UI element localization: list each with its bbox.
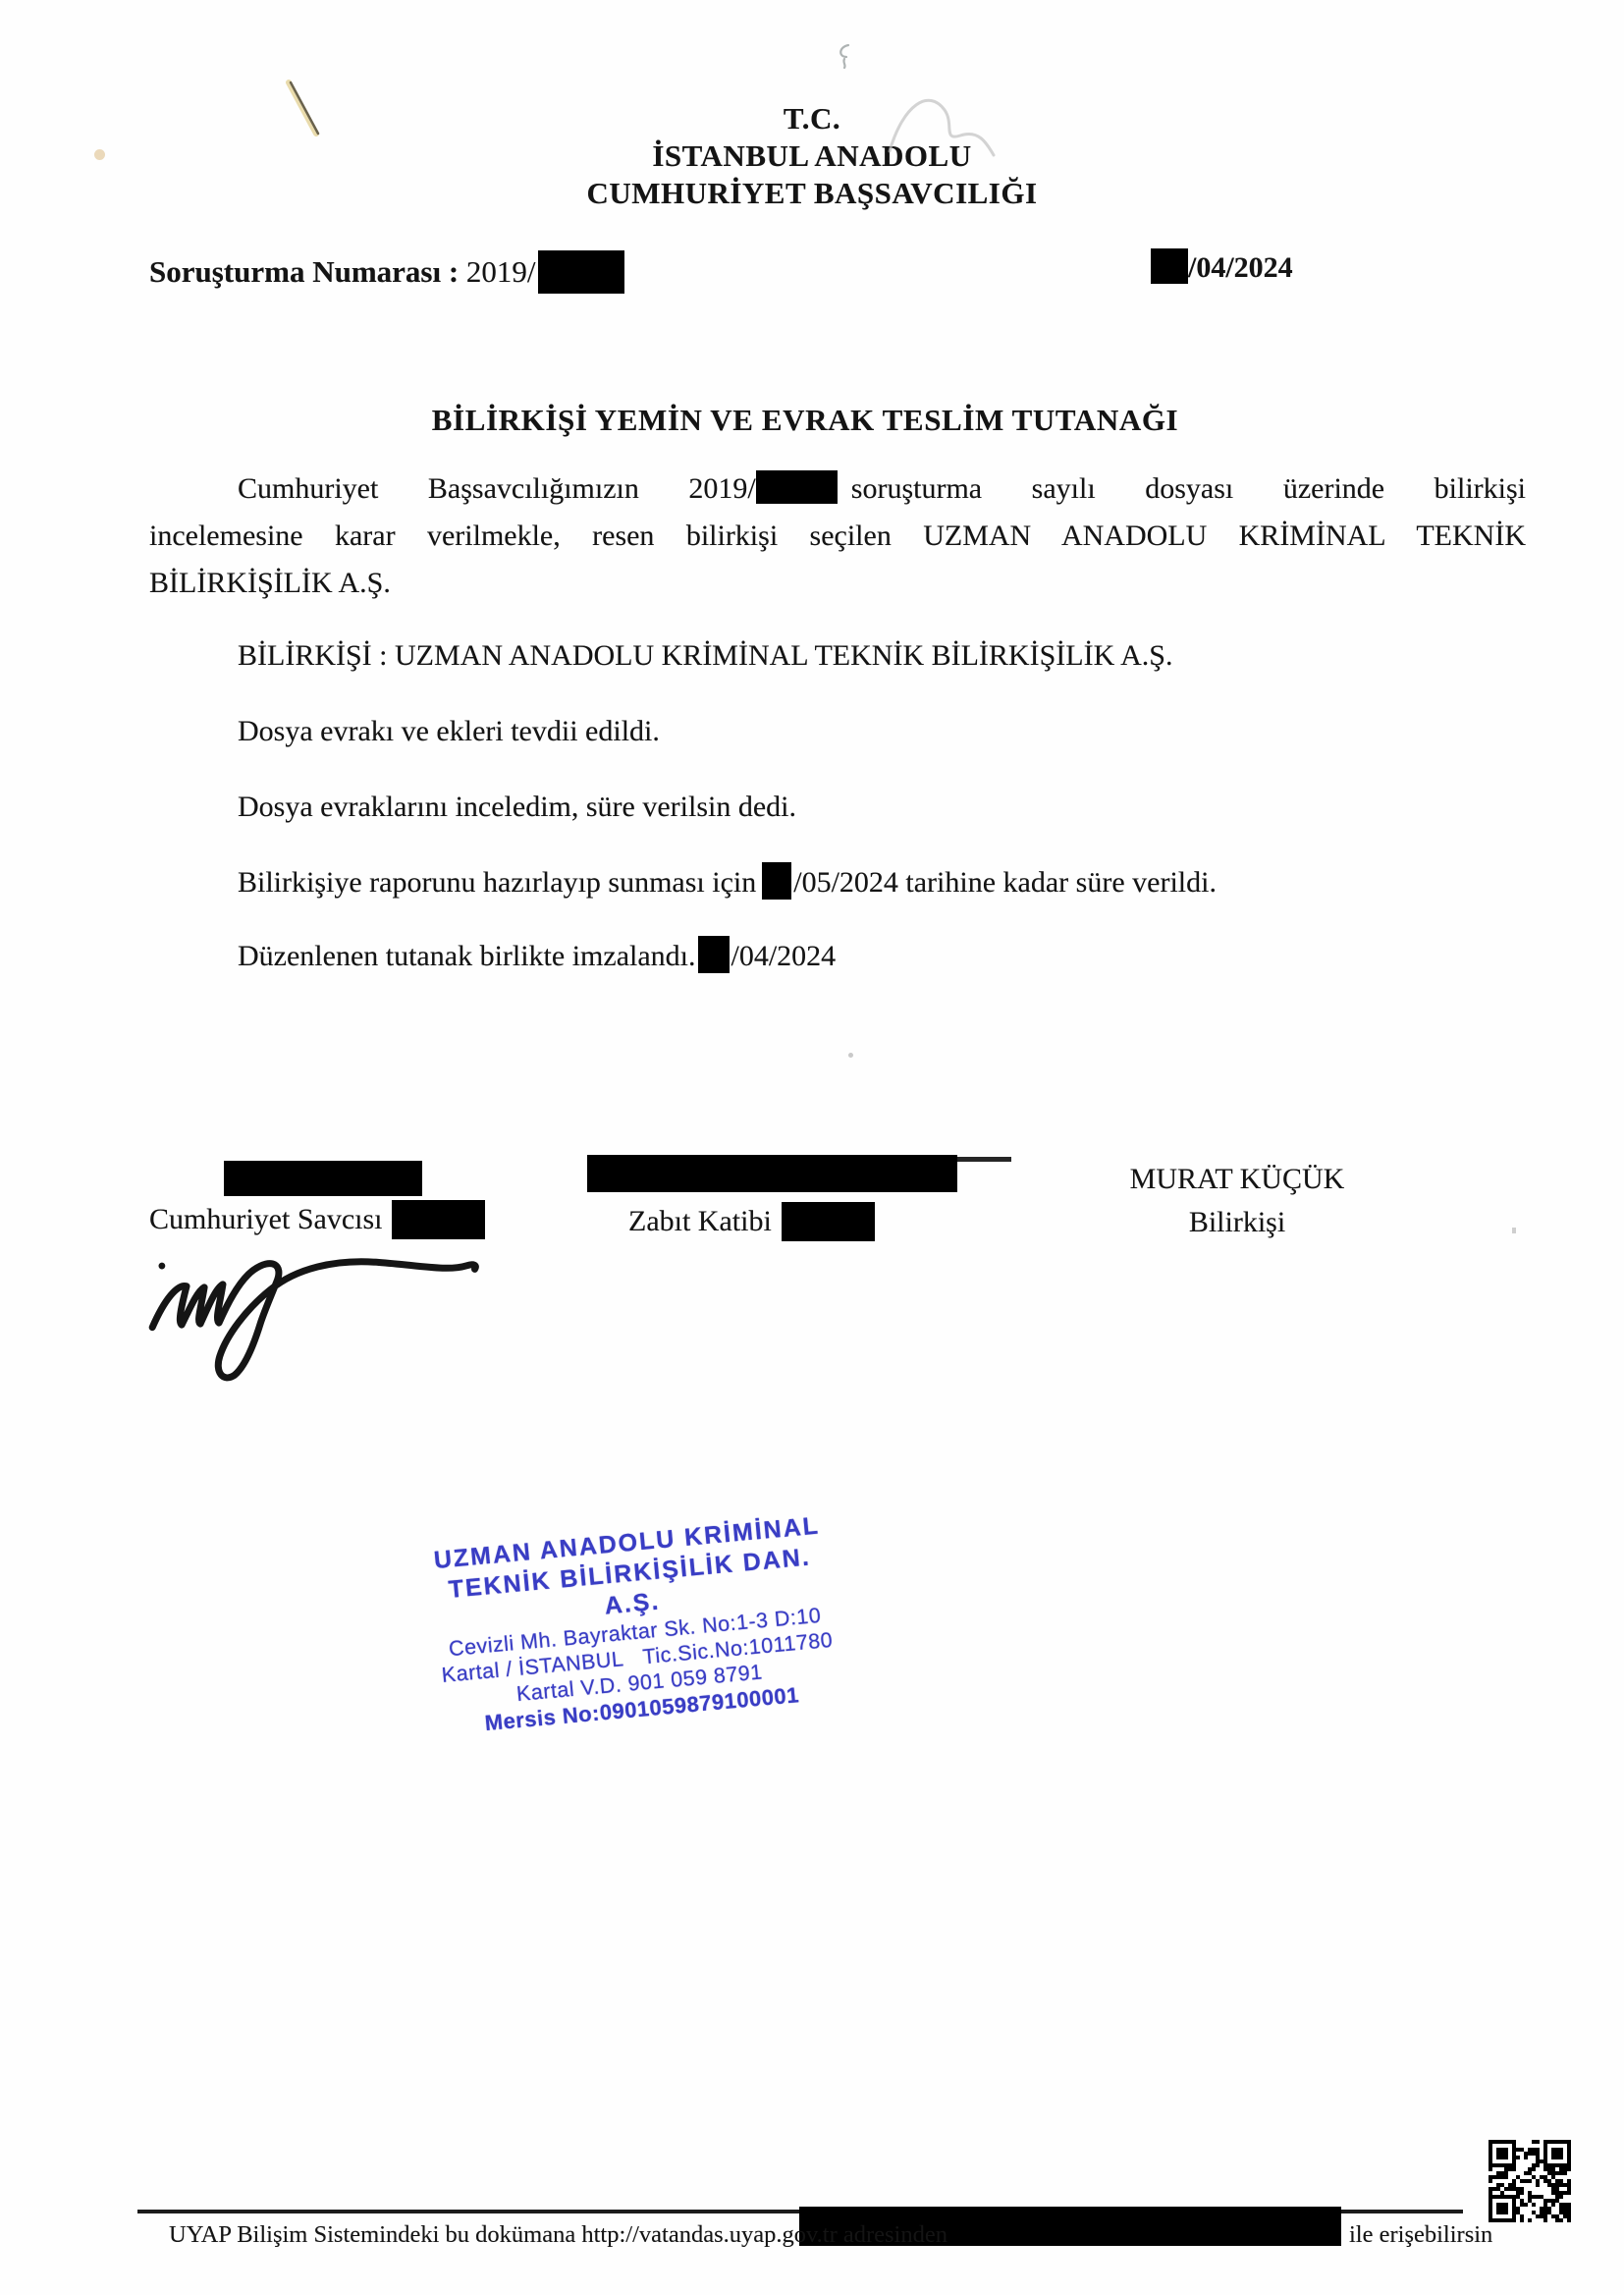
expert-role: Bilirkişi — [1100, 1206, 1375, 1239]
paragraph-intro-line1: Cumhuriyet Başsavcılığımızın 2019/soruşt… — [149, 465, 1526, 513]
qr-code — [1489, 2140, 1571, 2222]
document-title: BİLİRKİŞİ YEMİN VE EVRAK TESLİM TUTANAĞI — [0, 403, 1610, 438]
signing-line: Düzenlenen tutanak birlikte imzalandı./0… — [149, 933, 1526, 980]
redaction-streak — [957, 1157, 1011, 1162]
scan-artifact-speck1 — [848, 1053, 853, 1058]
redaction-deadline-day — [762, 862, 791, 900]
paragraph-intro-line1-suffix: soruşturma sayılı dosyası üzerinde bilir… — [851, 472, 1526, 505]
redaction-date-day — [1151, 248, 1188, 284]
redaction-case-number — [756, 470, 838, 504]
deadline-suffix: /05/2024 tarihine kadar süre verildi. — [793, 866, 1217, 899]
signing-suffix: /04/2024 — [731, 940, 837, 972]
deadline-line: Bilirkişiye raporunu hazırlayıp sunması … — [149, 859, 1526, 906]
paragraph-intro-line1-prefix: Cumhuriyet Başsavcılığımızın 2019/ — [238, 472, 756, 505]
expert-name: MURAT KÜÇÜK — [1100, 1163, 1375, 1196]
investigation-number-value: 2019/ — [459, 254, 535, 289]
redaction-clerk-name — [587, 1155, 957, 1192]
scan-artifact-mark — [833, 41, 856, 71]
clerk-label-line: Zabıt Katibi — [628, 1202, 875, 1241]
investigation-number-line: Soruşturma Numarası : 2019/ — [149, 250, 624, 294]
scan-artifact-speck2 — [1512, 1228, 1516, 1233]
signature-i-dot — [158, 1262, 165, 1269]
scanned-legal-document: T.C. İSTANBUL ANADOLU CUMHURİYET BAŞSAVC… — [0, 0, 1624, 2295]
clerk-label: Zabıt Katibi — [628, 1205, 772, 1237]
footer-access-text: UYAP Bilişim Sistemindeki bu dokümana ht… — [169, 2221, 947, 2249]
paragraph-intro-line3: BİLİRKİŞİLİK A.Ş. — [149, 560, 1526, 607]
investigation-number-label: Soruşturma Numarası : — [149, 254, 459, 289]
deadline-prefix: Bilirkişiye raporunu hazırlayıp sunması … — [238, 866, 756, 899]
footer-access-suffix: ile erişebilirsin — [1349, 2221, 1492, 2249]
redaction-signing-day — [698, 936, 730, 973]
signing-prefix: Düzenlenen tutanak birlikte imzalandı. — [238, 940, 696, 972]
prosecutor-label: Cumhuriyet Savcısı — [149, 1203, 382, 1235]
expert-designation-line: BİLİRKİŞİ : UZMAN ANADOLU KRİMİNAL TEKNİ… — [149, 632, 1526, 680]
document-date-line: /04/2024 — [1151, 248, 1293, 285]
letterhead-office: CUMHURİYET BAŞSAVCILIĞI — [0, 175, 1624, 212]
letterhead: T.C. İSTANBUL ANADOLU CUMHURİYET BAŞSAVC… — [0, 100, 1624, 212]
letterhead-city: İSTANBUL ANADOLU — [0, 137, 1624, 175]
paragraph-intro: Cumhuriyet Başsavcılığımızın 2019/soruşt… — [149, 465, 1526, 607]
documents-reviewed-line: Dosya evraklarını inceledim, süre verils… — [149, 784, 1526, 831]
document-date: /04/2024 — [1188, 251, 1293, 284]
company-stamp: UZMAN ANADOLU KRİMİNAL TEKNİK BİLİRKİŞİL… — [420, 1509, 848, 1740]
handwritten-signature — [137, 1223, 491, 1385]
redaction-prosecutor-id — [392, 1200, 485, 1239]
redaction-prosecutor-name — [224, 1161, 422, 1196]
prosecutor-label-line: Cumhuriyet Savcısı — [149, 1200, 485, 1239]
redaction-clerk-id — [782, 1202, 875, 1241]
letterhead-tc: T.C. — [0, 100, 1624, 137]
paragraph-intro-line2: incelemesine karar verilmekle, resen bil… — [149, 513, 1526, 560]
redaction-investigation-number — [538, 250, 624, 294]
documents-delivered-line: Dosya evrakı ve ekleri tevdii edildi. — [149, 708, 1526, 755]
